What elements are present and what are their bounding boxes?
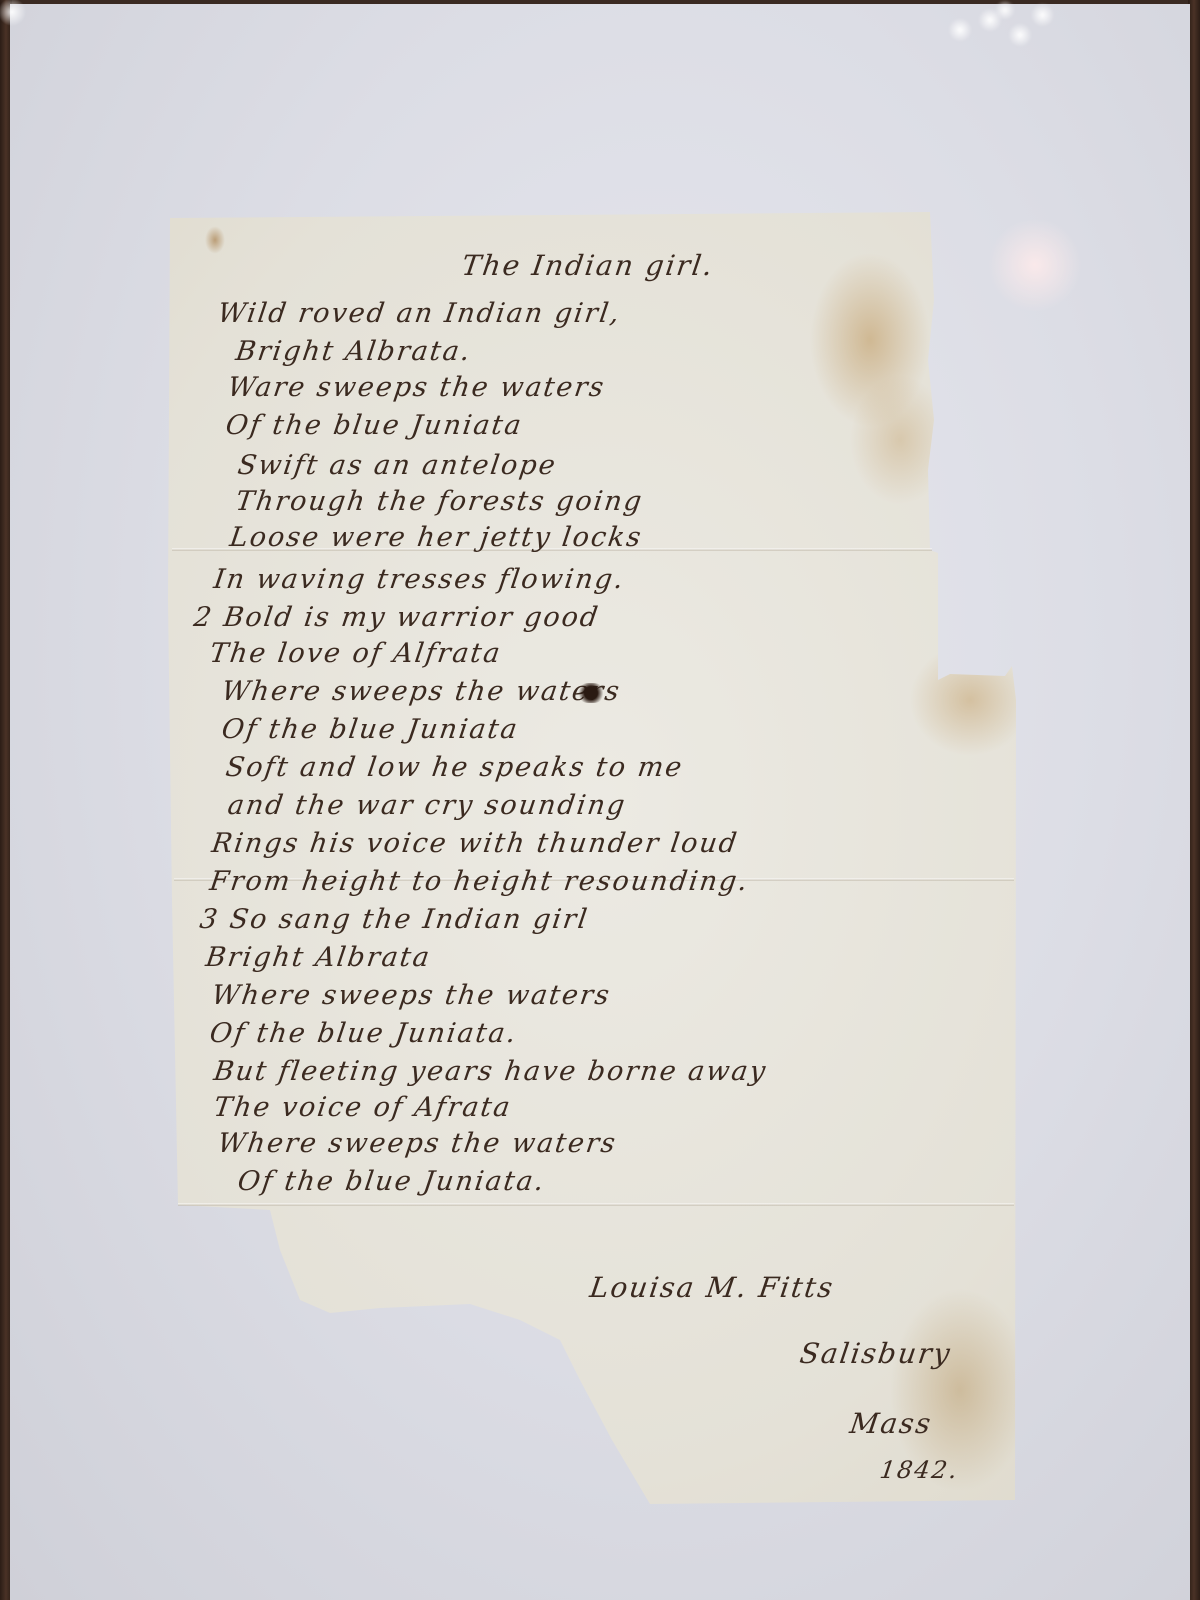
poem-line: The love of Alfrata	[208, 640, 503, 667]
poem-line: Of the blue Juniata.	[208, 1020, 519, 1047]
signature-year: 1842.	[878, 1458, 960, 1482]
poem-line: The voice of Afrata	[212, 1094, 513, 1121]
ink-blot-strikeout	[578, 683, 604, 703]
fold-line	[178, 1203, 1014, 1206]
glass-reflection	[980, 210, 1090, 320]
poem-line: Of the blue Juniata	[224, 412, 524, 439]
poem-line: Of the blue Juniata.	[236, 1168, 547, 1195]
poem-line: Through the forests going	[234, 488, 645, 515]
poem-line: Swift as an antelope	[236, 452, 559, 479]
poem-line: Of the blue Juniata	[220, 716, 520, 743]
signature-state: Mass	[848, 1410, 934, 1438]
poem-line: Bright Albrata	[204, 944, 433, 971]
poem-line: and the war cry sounding	[226, 792, 628, 819]
poem-title: The Indian girl.	[460, 252, 716, 280]
poem-line: But fleeting years have borne away	[212, 1058, 769, 1085]
signature-name: Louisa M. Fitts	[588, 1274, 836, 1302]
poem-line: From height to height resounding.	[208, 868, 751, 895]
glass-glare-lights	[930, 0, 1080, 50]
poem-line: Bright Albrata.	[234, 338, 473, 365]
poem-line: In waving tresses flowing.	[212, 566, 627, 593]
poem-line: Rings his voice with thunder loud	[210, 830, 740, 857]
poem-line: Where sweeps the waters	[220, 678, 623, 705]
poem-line: 3 So sang the Indian girl	[198, 906, 590, 933]
poem-line: Where sweeps the waters	[210, 982, 613, 1009]
poem-line: Soft and low he speaks to me	[224, 754, 685, 781]
signature-place: Salisbury	[798, 1340, 953, 1368]
poem-line: Wild roved an Indian girl,	[216, 300, 623, 327]
poem-line: 2 Bold is my warrior good	[192, 604, 601, 631]
poem-line: Ware sweeps the waters	[226, 374, 607, 401]
poem-line: Loose were her jetty locks	[228, 524, 644, 551]
poem-line: Where sweeps the waters	[216, 1130, 619, 1157]
glass-glare	[0, 0, 40, 40]
